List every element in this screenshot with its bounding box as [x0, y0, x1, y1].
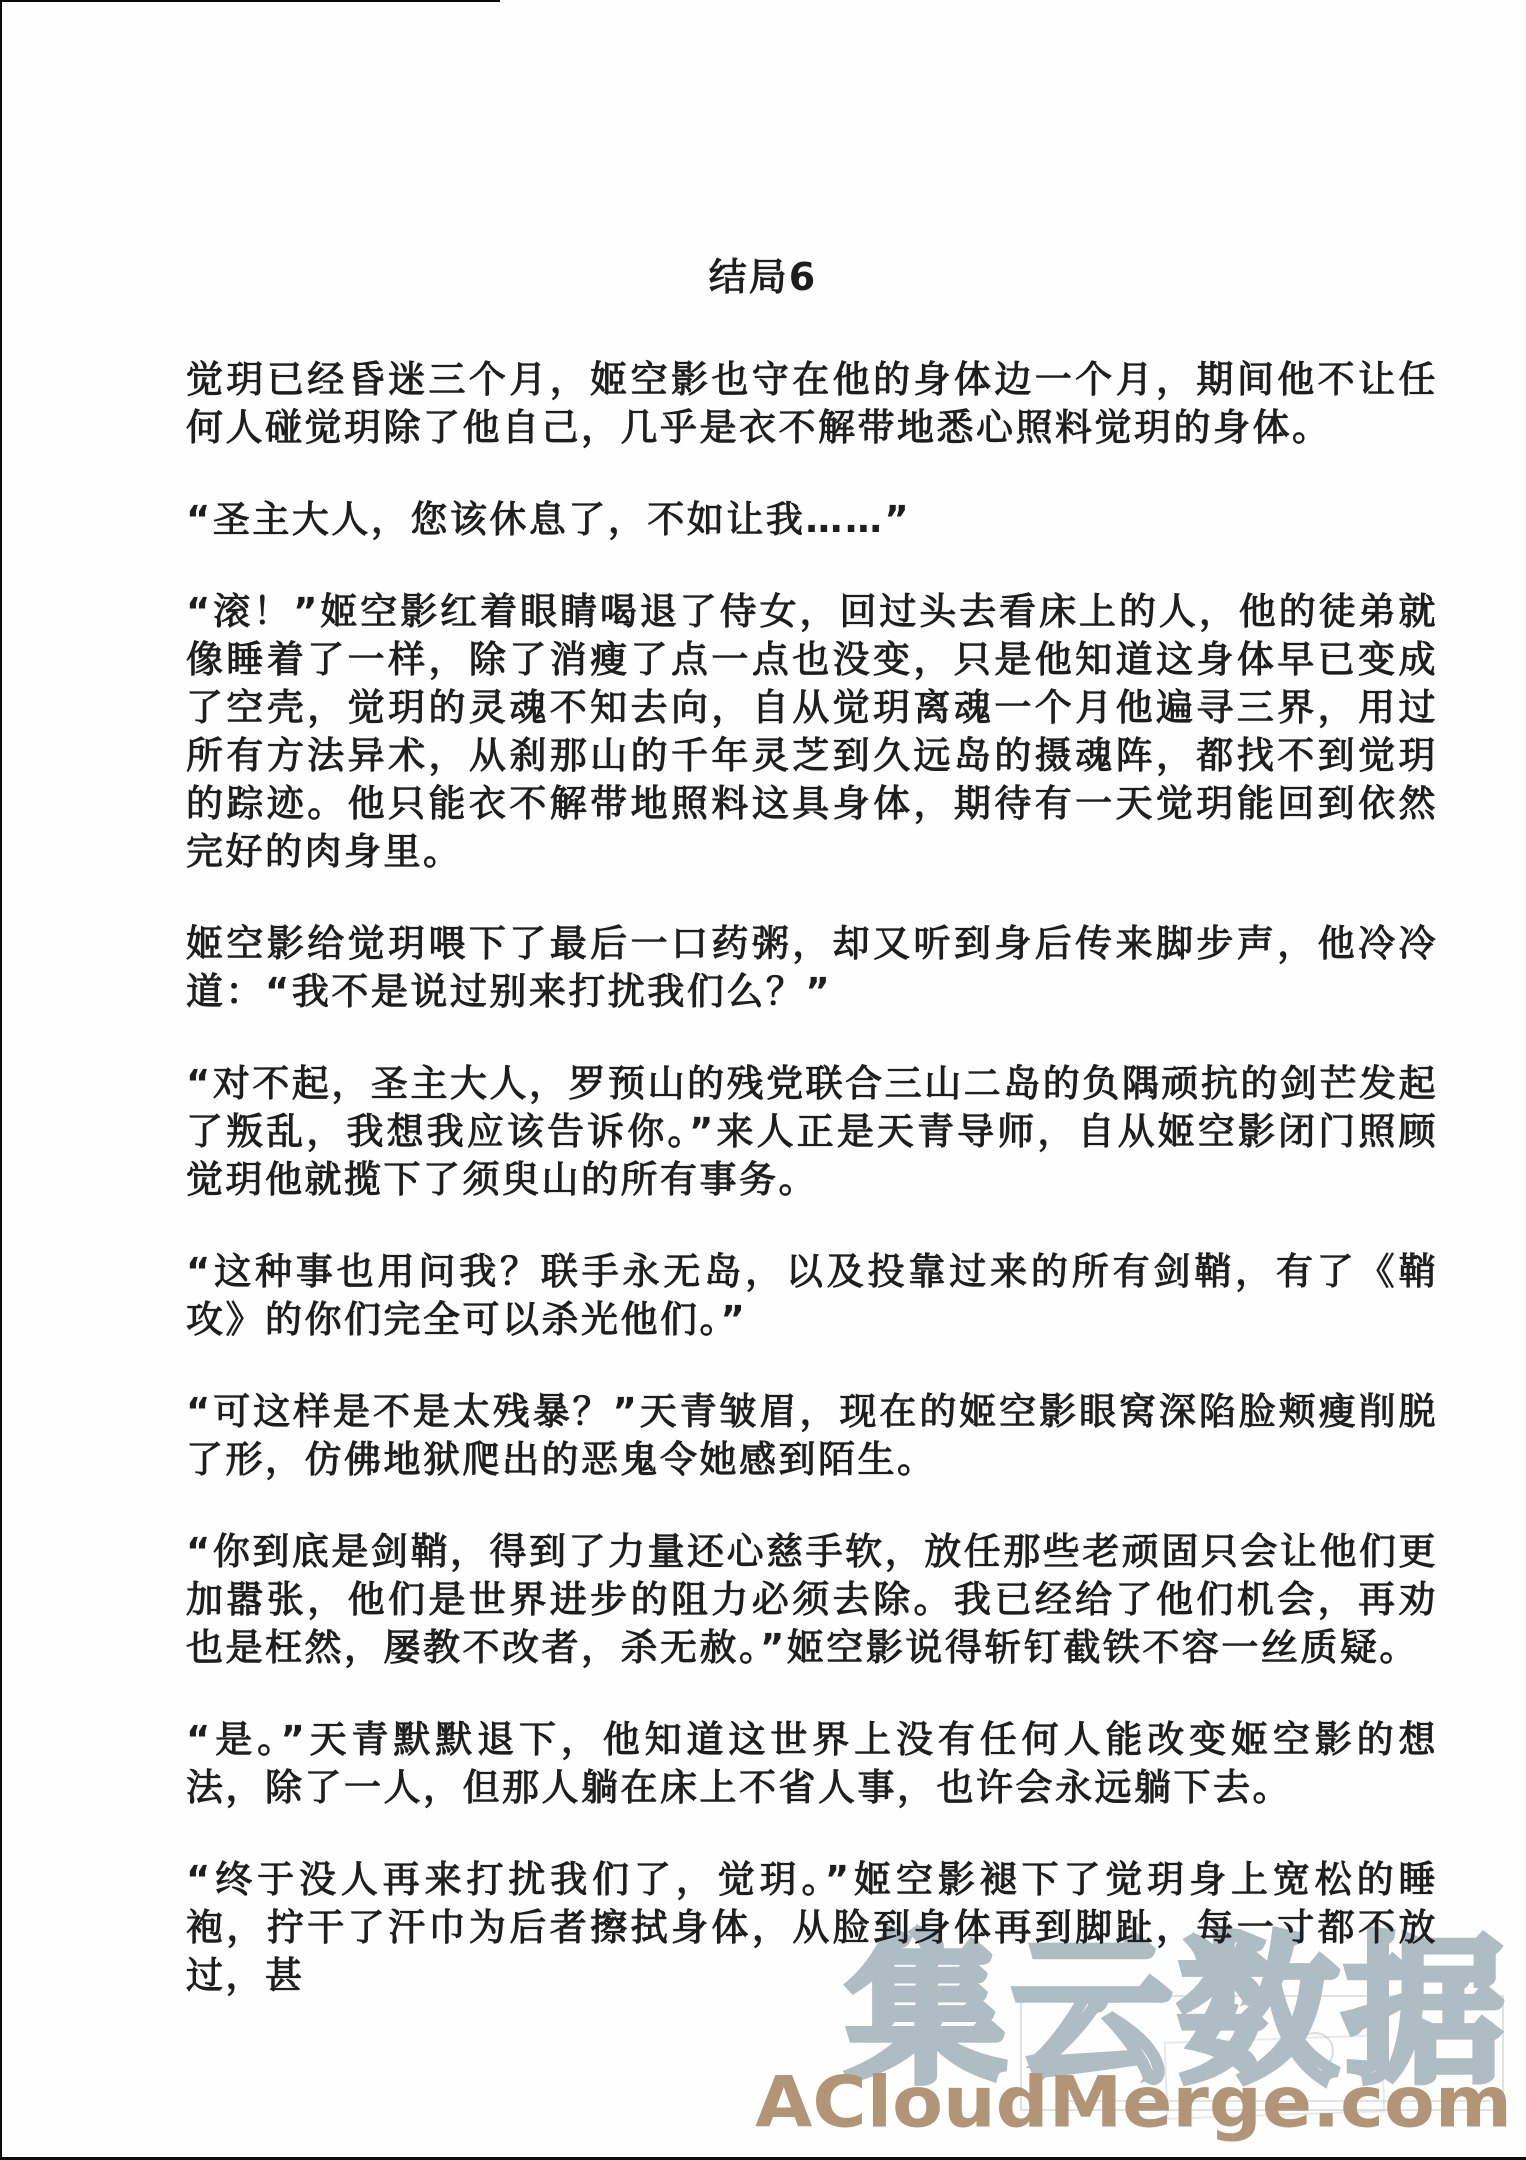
page-top-border [0, 0, 500, 2]
paragraph: “滚！”姬空影红着眼睛喝退了侍女，回过头去看床上的人，他的徒弟就像睡着了一样，除… [186, 588, 1438, 876]
page-left-border [0, 0, 2, 2160]
story-text: 觉玥已经昏迷三个月，姬空影也守在他的身体边一个月，期间他不让任何人碰觉玥除了他自… [186, 356, 1438, 2044]
novel-page: 集云数据 ACloudMerge.com 结局6 觉玥已经昏迷三个月，姬空影也守… [0, 0, 1526, 2160]
watermark-url-text: ACloudMerge.com [755, 2068, 1512, 2138]
paragraph: “对不起，圣主大人，罗预山的残党联合三山二岛的负隅顽抗的剑芒发起了叛乱，我想我应… [186, 1060, 1438, 1204]
paragraph: “圣主大人，您该休息了，不如让我……” [186, 496, 1438, 544]
paragraph: “可这样是不是太残暴？”天青皱眉，现在的姬空影眼窝深陷脸颊瘦削脱了形，仿佛地狱爬… [186, 1388, 1438, 1484]
paragraph: “终于没人再来打扰我们了，觉玥。”姬空影褪下了觉玥身上宽松的睡袍，拧干了汗巾为后… [186, 1856, 1438, 2000]
paragraph: “你到底是剑鞘，得到了力量还心慈手软，放任那些老顽固只会让他们更加嚣张，他们是世… [186, 1528, 1438, 1672]
paragraph: 姬空影给觉玥喂下了最后一口药粥，却又听到身后传来脚步声，他冷冷道：“我不是说过别… [186, 920, 1438, 1016]
chapter-title: 结局6 [0, 246, 1526, 301]
paragraph: 觉玥已经昏迷三个月，姬空影也守在他的身体边一个月，期间他不让任何人碰觉玥除了他自… [186, 356, 1438, 452]
paragraph: “这种事也用问我？联手永无岛，以及投靠过来的所有剑鞘，有了《鞘攻》的你们完全可以… [186, 1248, 1438, 1344]
paragraph: “是。”天青默默退下，他知道这世界上没有任何人能改变姬空影的想法，除了一人，但那… [186, 1716, 1438, 1812]
